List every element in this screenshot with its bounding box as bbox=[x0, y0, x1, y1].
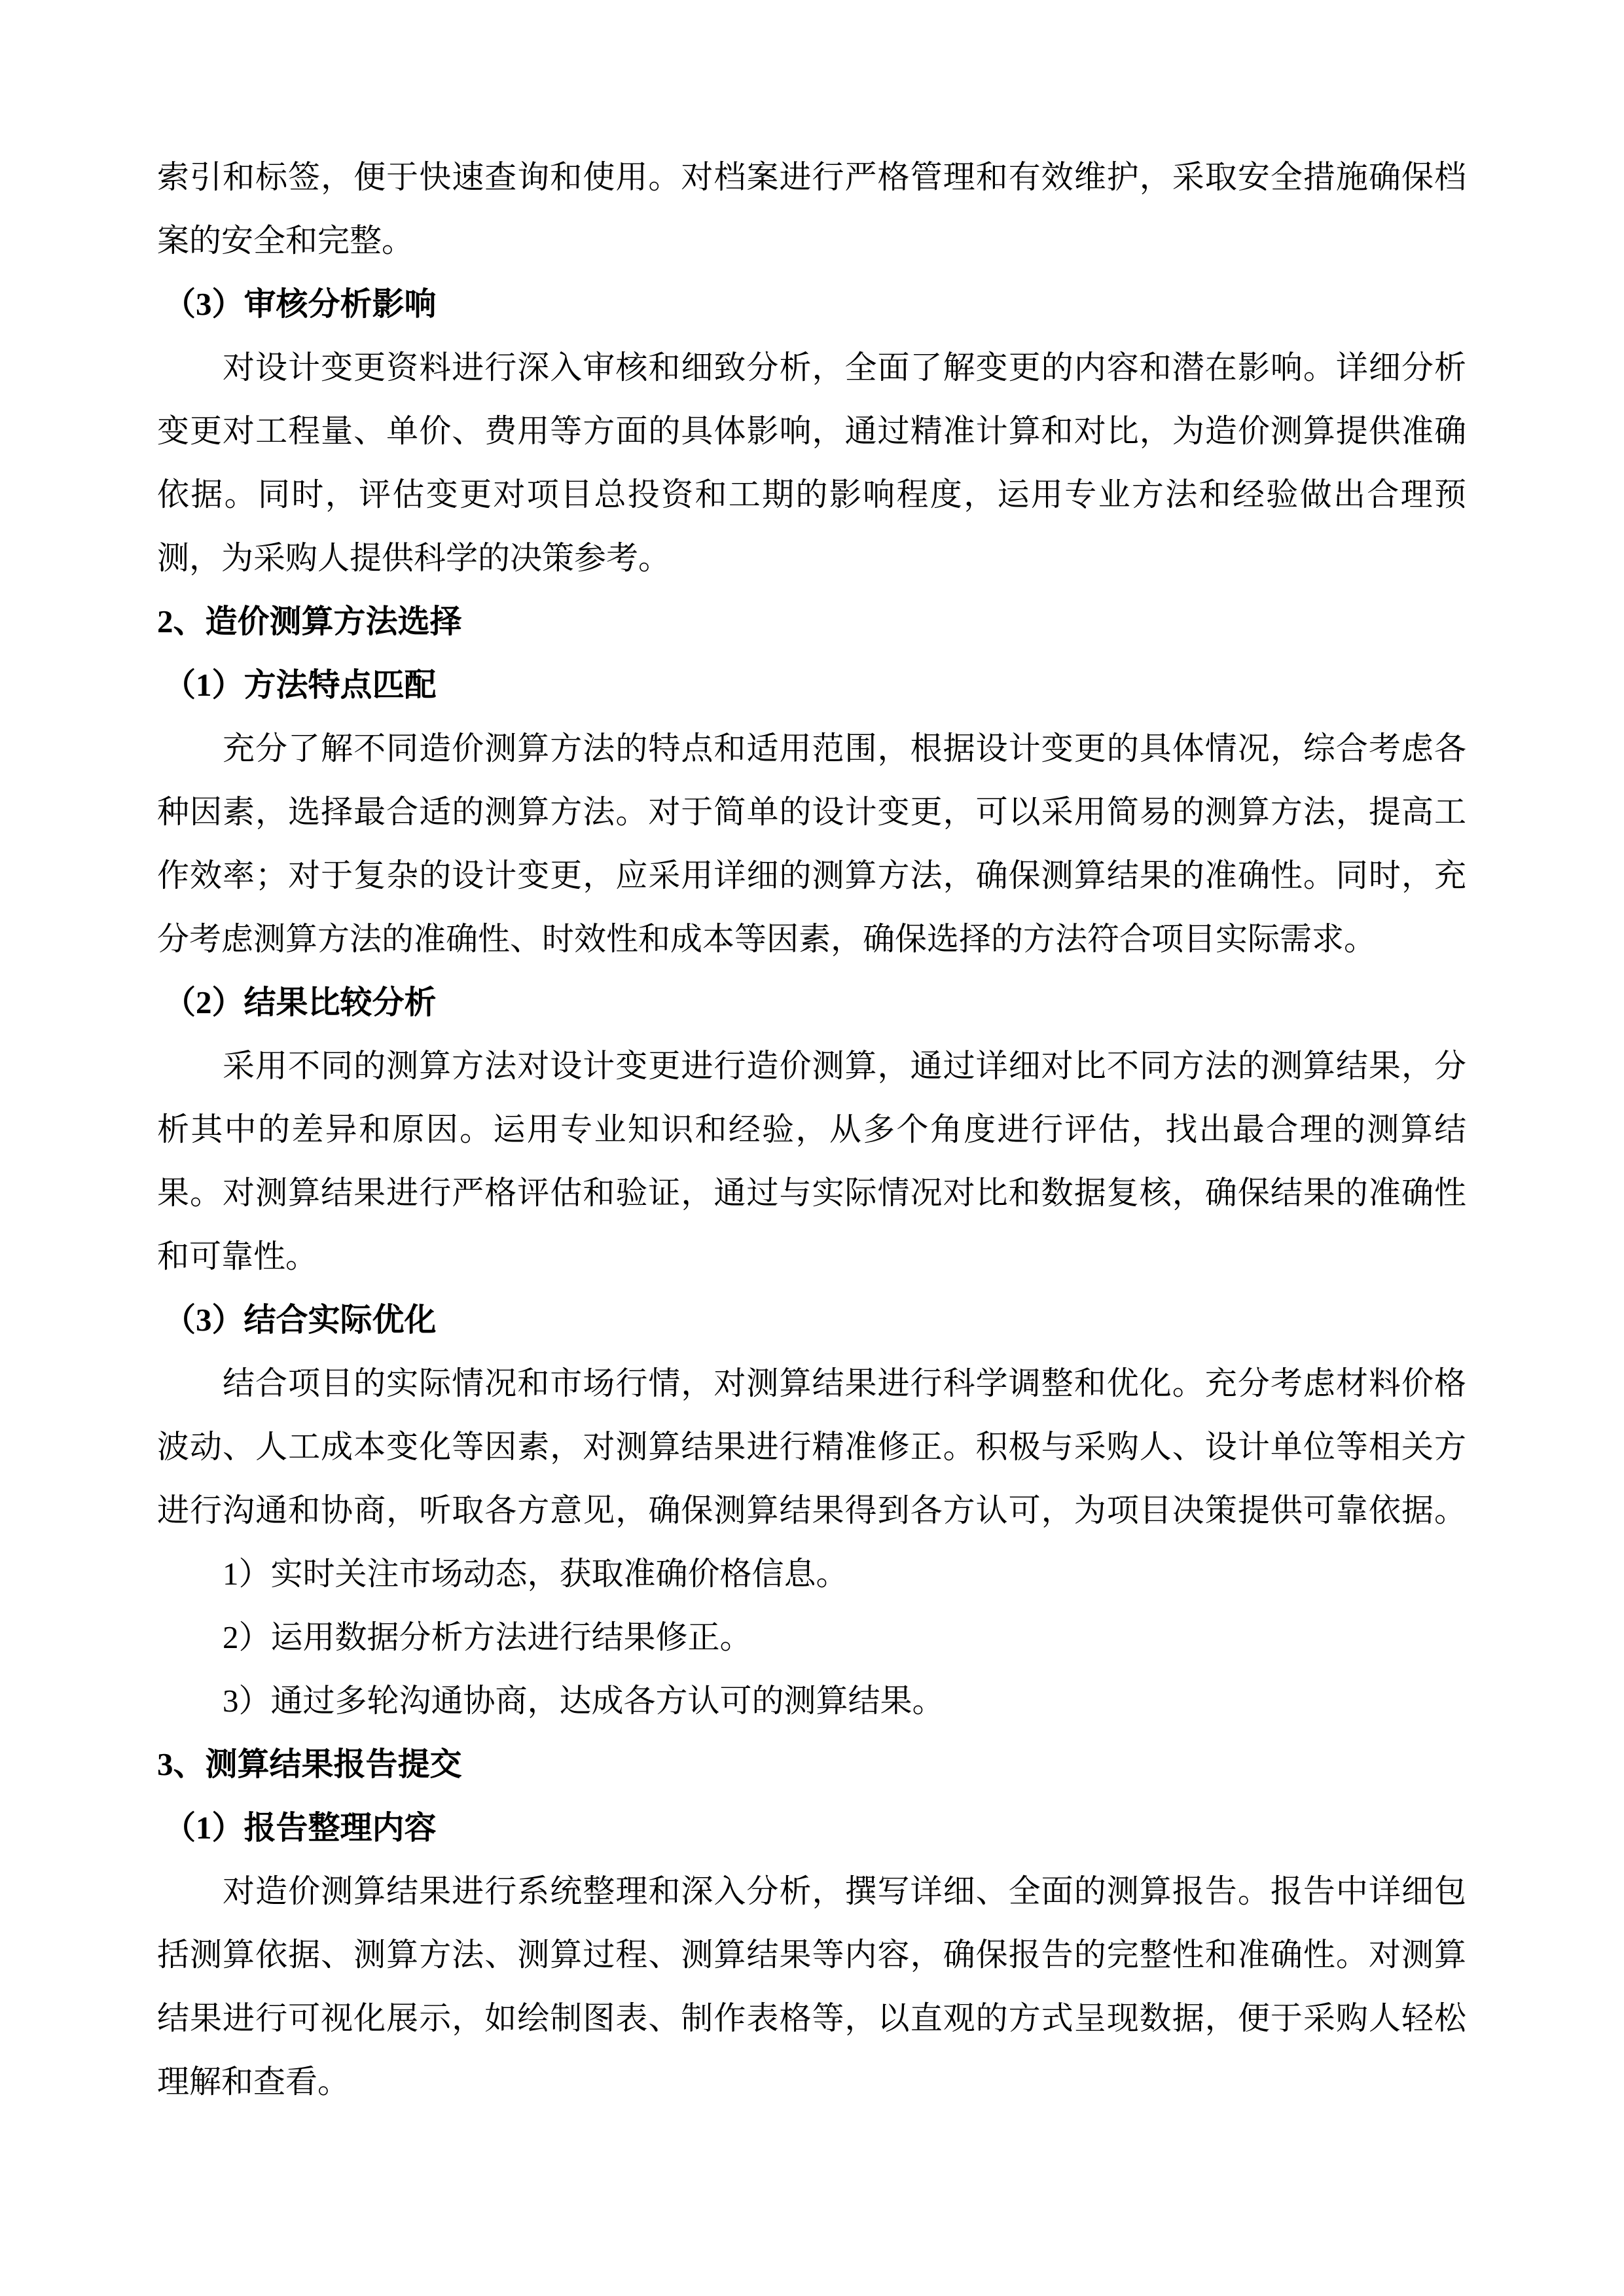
paragraph-line: 括测算依据、测算方法、测算过程、测算结果等内容，确保报告的完整性和准确性。对测算 bbox=[157, 1923, 1466, 1986]
paragraph-line: 波动、人工成本变化等因素，对测算结果进行精准修正。积极与采购人、设计单位等相关方 bbox=[157, 1415, 1466, 1479]
paragraph-line: 作效率；对于复杂的设计变更，应采用详细的测算方法，确保测算结果的准确性。同时，充 bbox=[157, 844, 1466, 907]
paragraph-line: 分考虑测算方法的准确性、时效性和成本等因素，确保选择的方法符合项目实际需求。 bbox=[157, 907, 1466, 971]
paragraph-line: 索引和标签，便于快速查询和使用。对档案进行严格管理和有效维护，采取安全措施确保档 bbox=[157, 145, 1466, 209]
paragraph-line: 结果进行可视化展示，如绘制图表、制作表格等，以直观的方式呈现数据，便于采购人轻松 bbox=[157, 1986, 1466, 2050]
text-column: 索引和标签，便于快速查询和使用。对档案进行严格管理和有效维护，采取安全措施确保档… bbox=[157, 145, 1466, 2113]
list-item: 1）实时关注市场动态，获取准确价格信息。 bbox=[157, 1542, 1466, 1605]
paragraph-line: 对造价测算结果进行系统整理和深入分析，撰写详细、全面的测算报告。报告中详细包 bbox=[157, 1859, 1466, 1923]
paragraph-line: 对设计变更资料进行深入审核和细致分析，全面了解变更的内容和潜在影响。详细分析 bbox=[157, 336, 1466, 399]
paragraph-line: 理解和查看。 bbox=[157, 2050, 1466, 2113]
section-heading: 3、测算结果报告提交 bbox=[157, 1732, 1466, 1796]
list-item: 3）通过多轮沟通协商，达成各方认可的测算结果。 bbox=[157, 1669, 1466, 1732]
paragraph-line: 进行沟通和协商，听取各方意见，确保测算结果得到各方认可，为项目决策提供可靠依据。 bbox=[157, 1479, 1466, 1542]
paragraph-line: 案的安全和完整。 bbox=[157, 209, 1466, 272]
subsection-heading: （3）审核分析影响 bbox=[157, 272, 1466, 336]
subsection-heading: （1）方法特点匹配 bbox=[157, 653, 1466, 717]
subsection-heading: （2）结果比较分析 bbox=[157, 971, 1466, 1034]
paragraph-line: 和可靠性。 bbox=[157, 1225, 1466, 1288]
list-item: 2）运用数据分析方法进行结果修正。 bbox=[157, 1605, 1466, 1669]
document-page: 索引和标签，便于快速查询和使用。对档案进行严格管理和有效维护，采取安全措施确保档… bbox=[0, 0, 1624, 2296]
subsection-heading: （1）报告整理内容 bbox=[157, 1796, 1466, 1859]
paragraph-line: 充分了解不同造价测算方法的特点和适用范围，根据设计变更的具体情况，综合考虑各 bbox=[157, 717, 1466, 780]
section-heading: 2、造价测算方法选择 bbox=[157, 590, 1466, 653]
paragraph-line: 果。对测算结果进行严格评估和验证，通过与实际情况对比和数据复核，确保结果的准确性 bbox=[157, 1161, 1466, 1225]
paragraph-line: 测，为采购人提供科学的决策参考。 bbox=[157, 526, 1466, 590]
subsection-heading: （3）结合实际优化 bbox=[157, 1288, 1466, 1352]
paragraph-line: 结合项目的实际情况和市场行情，对测算结果进行科学调整和优化。充分考虑材料价格 bbox=[157, 1352, 1466, 1415]
paragraph-line: 变更对工程量、单价、费用等方面的具体影响，通过精准计算和对比，为造价测算提供准确 bbox=[157, 399, 1466, 463]
paragraph-line: 采用不同的测算方法对设计变更进行造价测算，通过详细对比不同方法的测算结果，分 bbox=[157, 1034, 1466, 1098]
paragraph-line: 种因素，选择最合适的测算方法。对于简单的设计变更，可以采用简易的测算方法，提高工 bbox=[157, 780, 1466, 844]
paragraph-line: 析其中的差异和原因。运用专业知识和经验，从多个角度进行评估，找出最合理的测算结 bbox=[157, 1098, 1466, 1161]
paragraph-line: 依据。同时，评估变更对项目总投资和工期的影响程度，运用专业方法和经验做出合理预 bbox=[157, 463, 1466, 526]
